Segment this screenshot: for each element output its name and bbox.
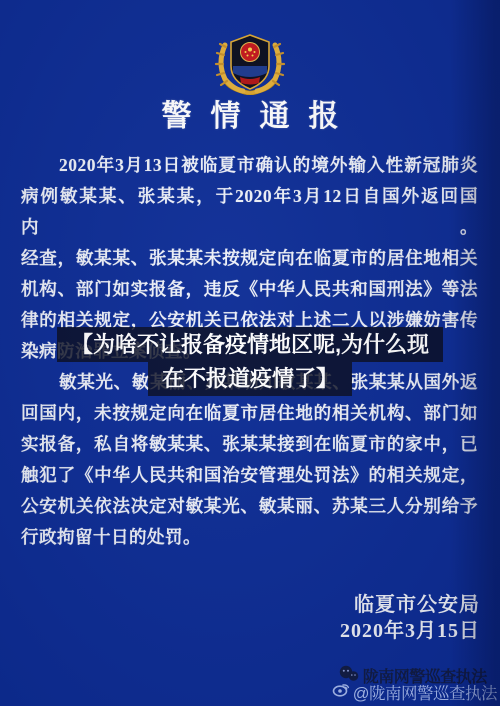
police-notice-poster: 警情通报 2020年3月13日被临夏市确认的境外输入性新冠肺炎 病例敏某某、张某… <box>0 0 500 706</box>
body-line: 病例敏某某、张某某，于2020年3月12日自国外返回国内。 <box>21 181 478 243</box>
signature-agency: 临夏市公安局 <box>340 592 480 618</box>
body-line: 回国内，未按规定向在临夏市居住地的相关机构、部门如 <box>21 398 478 429</box>
body-line: 经查，敏某某、张某某未按规定向在临夏市的居住地相关 <box>21 243 478 274</box>
signature-date: 2020年3月15日 <box>340 618 480 644</box>
watermark-text-2: @陇南网警巡查执法 <box>353 680 497 704</box>
signature-block: 临夏市公安局 2020年3月15日 <box>340 592 480 644</box>
body-line: 公安机关依法决定对敏某光、敏某丽、苏某三人分别给予 <box>21 491 478 522</box>
watermark-row-2: @陇南网警巡查执法 <box>332 680 497 704</box>
police-emblem-icon <box>213 33 287 95</box>
body-line: 实报备，私自将敏某某、张某某接到在临夏市的家中，已 <box>21 429 478 460</box>
notice-title-row: 警情通报 <box>0 99 500 135</box>
caption-line-2: 在不报道疫情了】 <box>148 362 352 396</box>
body-line: 机构、部门如实报备，违反《中华人民共和国刑法》等法 <box>21 274 478 305</box>
caption-overlay: 【为啥不让报备疫情地区呢,为什么现 在不报道疫情了】 <box>0 327 500 396</box>
body-line: 行政拘留十日的处罚。 <box>21 522 478 553</box>
body-line: 2020年3月13日被临夏市确认的境外输入性新冠肺炎 <box>21 150 478 181</box>
watermark: 陇南网警巡查执法 @陇南网警巡查执法 <box>338 664 497 704</box>
notice-title: 警情通报 <box>162 99 358 135</box>
body-line: 触犯了《中华人民共和国治安管理处罚法》的相关规定， <box>21 460 478 491</box>
caption-line-1: 【为啥不让报备疫情地区呢,为什么现 <box>57 327 443 362</box>
weibo-icon <box>332 682 350 702</box>
